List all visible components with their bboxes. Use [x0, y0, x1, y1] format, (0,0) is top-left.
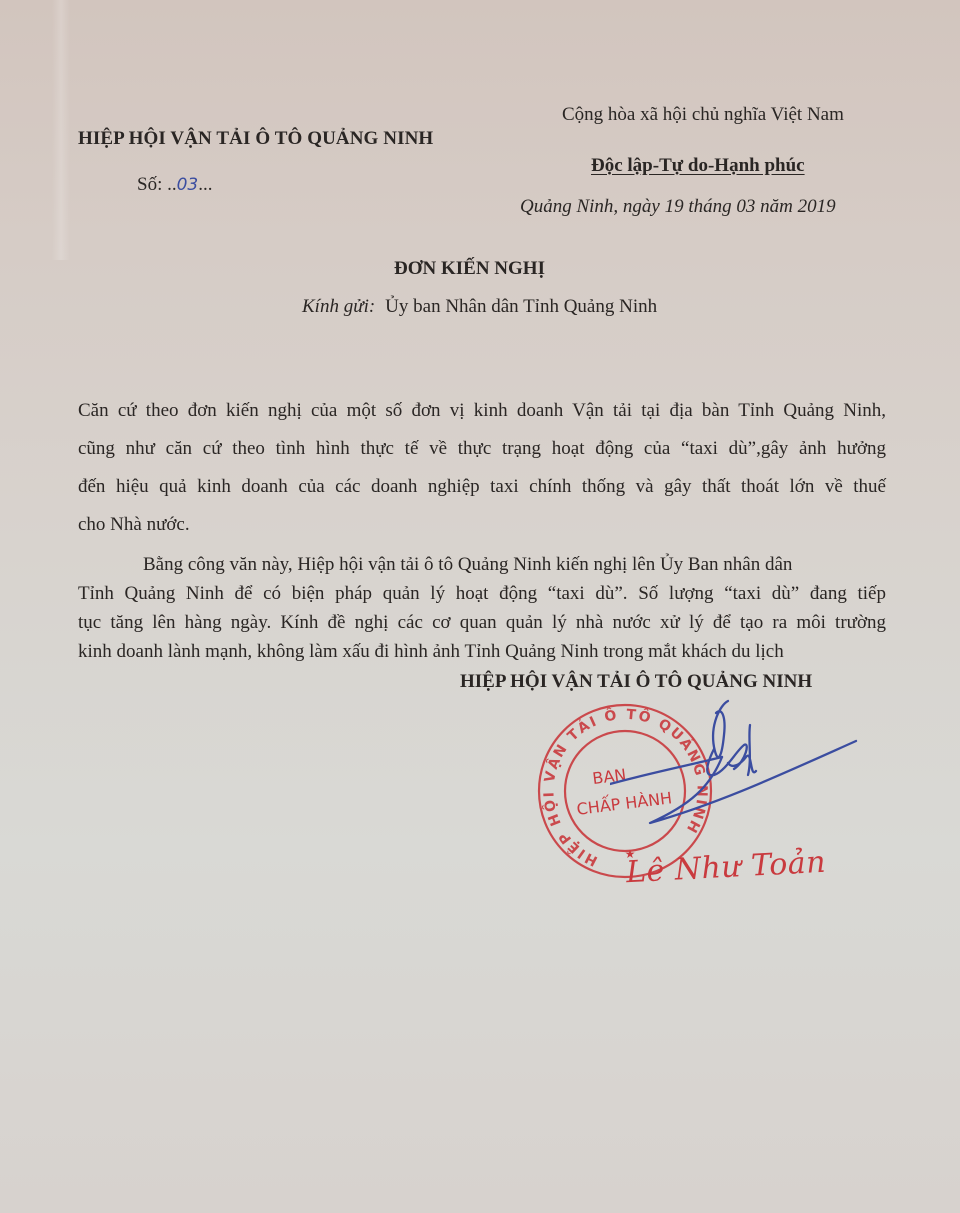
recipient-label: Kính gửi:	[302, 296, 375, 317]
handwritten-signature-icon	[610, 695, 870, 875]
paragraph-line: cho Nhà nước.	[78, 506, 886, 544]
paragraph-line: Bằng công văn này, Hiệp hội vận tải ô tô…	[78, 550, 886, 579]
place-and-date: Quảng Ninh, ngày 19 tháng 03 năm 2019	[520, 196, 836, 218]
document-number-label: Số: ..	[137, 174, 177, 195]
paragraph-line: Căn cứ theo đơn kiến nghị của một số đơn…	[78, 392, 886, 430]
paragraph-line: cũng như căn cứ theo tình hình thực tế v…	[78, 430, 886, 468]
paragraph-line: Tỉnh Quảng Ninh để có biện pháp quản lý …	[78, 579, 886, 608]
paper-fold-shadow	[52, 0, 70, 260]
national-motto: Độc lập-Tự do-Hạnh phúc	[591, 155, 805, 177]
document-number-value: 03	[177, 175, 199, 195]
document-number: Số: ..03...	[137, 174, 213, 196]
paragraph-line: đến hiệu quả kinh doanh của các doanh ng…	[78, 468, 886, 506]
paragraph-2: Bằng công văn này, Hiệp hội vận tải ô tô…	[78, 550, 886, 666]
paragraph-line: kinh doanh lành mạnh, không làm xấu đi h…	[78, 637, 886, 666]
paragraph-1: Căn cứ theo đơn kiến nghị của một số đơn…	[78, 392, 886, 544]
recipient-name: Ủy ban Nhân dân Tỉnh Quảng Ninh	[385, 296, 657, 317]
document-page: HIỆP HỘI VẬN TẢI Ô TÔ QUẢNG NINH Số: ..0…	[0, 0, 960, 1213]
national-title: Cộng hòa xã hội chủ nghĩa Việt Nam	[562, 104, 844, 126]
issuing-organization: HIỆP HỘI VẬN TẢI Ô TÔ QUẢNG NINH	[78, 128, 433, 150]
document-number-suffix: ...	[198, 174, 212, 195]
signing-organization: HIỆP HỘI VẬN TẢI Ô TÔ QUẢNG NINH	[460, 671, 812, 693]
document-title: ĐƠN KIẾN NGHỊ	[394, 258, 545, 280]
paragraph-line: tục tăng lên hàng ngày. Kính đề nghị các…	[78, 608, 886, 637]
recipient-line: Kính gửi:Ủy ban Nhân dân Tỉnh Quảng Ninh	[302, 296, 657, 318]
